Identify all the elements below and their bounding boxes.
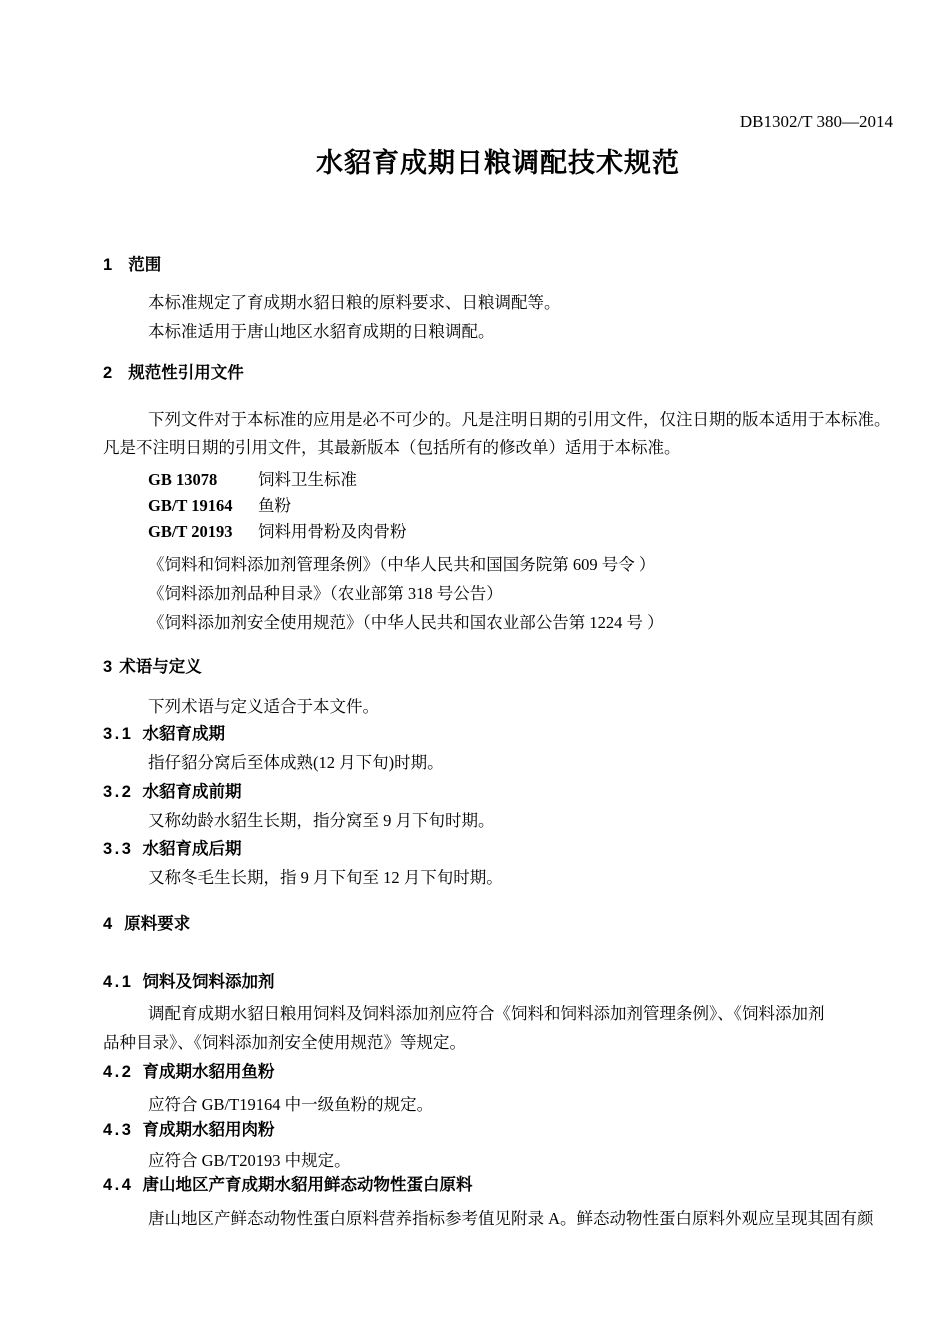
reference-item: GB 13078饲料卫生标准: [148, 467, 893, 493]
section-4-title: 原料要求: [124, 915, 190, 933]
term-3-2-title: 水貂育成前期: [142, 783, 241, 801]
scope-paragraph-1: 本标准规定了育成期水貂日粮的原料要求、日粮调配等。: [103, 288, 893, 317]
subsection-4-1-body: 调配育成期水貂日粮用饲料及饲料添加剂应符合《饲料和饲料添加剂管理条例》、《饲料添…: [103, 999, 893, 1057]
term-3-1-definition: 指仔貂分窝后至体成熟(12 月下旬)时期。: [103, 748, 893, 777]
term-3-3-title: 水貂育成后期: [142, 840, 241, 858]
section-2-number: 2: [103, 363, 112, 384]
subsection-4-2-body: 应符合 GB/T19164 中一级鱼粉的规定。: [103, 1090, 893, 1119]
terms-intro: 下列术语与定义适合于本文件。: [103, 692, 893, 721]
subsection-4-3-title: 育成期水貂用肉粉: [142, 1121, 274, 1139]
section-2-title: 规范性引用文件: [128, 364, 244, 382]
reference-code: GB 13078: [148, 467, 258, 493]
subsection-4-1-number: 4.1: [103, 972, 133, 992]
cited-document-list: 《饲料和饲料添加剂管理条例》（中华人民共和国国务院第 609 号令 ） 《饲料添…: [103, 550, 893, 637]
subsection-4-3-body: 应符合 GB/T20193 中规定。: [103, 1146, 893, 1175]
document-title: 水貂育成期日粮调配技术规范: [103, 147, 893, 180]
subsection-4-2-number: 4.2: [103, 1062, 133, 1082]
subsection-4-2-title: 育成期水貂用鱼粉: [142, 1063, 274, 1081]
section-1-heading: 1范围: [103, 255, 893, 276]
document-page: DB1302/T 380—2014 水貂育成期日粮调配技术规范 1范围 本标准规…: [0, 0, 950, 1344]
term-3-1-title: 水貂育成期: [142, 725, 225, 743]
section-2-heading: 2规范性引用文件: [103, 363, 893, 384]
subsection-4-1-heading: 4.1饲料及饲料添加剂: [103, 972, 893, 992]
standard-code-header: DB1302/T 380—2014: [103, 0, 893, 132]
section-4-number: 4: [103, 914, 112, 935]
term-3-3-number: 3.3: [103, 839, 133, 859]
cited-document-item: 《饲料添加剂品种目录》（农业部第 318 号公告）: [148, 579, 893, 608]
term-3-1-number: 3.1: [103, 724, 133, 744]
section-3-number: 3: [103, 657, 112, 678]
subsection-4-4-title: 唐山地区产育成期水貂用鲜态动物性蛋白原料: [142, 1176, 472, 1194]
cited-document-item: 《饲料添加剂安全使用规范》（中华人民共和国农业部公告第 1224 号 ）: [148, 608, 893, 637]
section-3-title: 术语与定义: [119, 658, 202, 676]
term-3-1-heading: 3.1水貂育成期: [103, 724, 893, 744]
reference-list: GB 13078饲料卫生标准 GB/T 19164鱼粉 GB/T 20193饲料…: [103, 467, 893, 545]
subsection-4-2-heading: 4.2育成期水貂用鱼粉: [103, 1062, 893, 1082]
term-3-2-heading: 3.2水貂育成前期: [103, 782, 893, 802]
term-3-3-heading: 3.3水貂育成后期: [103, 839, 893, 859]
scope-paragraph-2: 本标准适用于唐山地区水貂育成期的日粮调配。: [103, 317, 893, 346]
subsection-4-4-body: 唐山地区产鲜态动物性蛋白原料营养指标参考值见附录 A。鲜态动物性蛋白原料外观应呈…: [103, 1204, 893, 1233]
section-1-number: 1: [103, 255, 112, 276]
term-3-2-number: 3.2: [103, 782, 133, 802]
normative-references-intro: 下列文件对于本标准的应用是必不可少的。凡是注明日期的引用文件，仅注日期的版本适用…: [103, 406, 893, 462]
reference-name: 鱼粉: [258, 496, 291, 515]
subsection-4-1-title: 饲料及饲料添加剂: [142, 973, 274, 991]
section-1-title: 范围: [128, 256, 161, 274]
term-3-2-definition: 又称幼龄水貂生长期，指分窝至 9 月下旬时期。: [103, 806, 893, 835]
section-3-heading: 3术语与定义: [103, 657, 893, 678]
reference-item: GB/T 19164鱼粉: [148, 493, 893, 519]
section-4-heading: 4原料要求: [103, 914, 893, 935]
reference-item: GB/T 20193饲料用骨粉及肉骨粉: [148, 519, 893, 545]
term-3-3-definition: 又称冬毛生长期，指 9 月下旬至 12 月下旬时期。: [103, 863, 893, 892]
reference-code: GB/T 19164: [148, 493, 258, 519]
reference-name: 饲料卫生标准: [258, 470, 357, 489]
subsection-4-4-number: 4.4: [103, 1175, 133, 1195]
subsection-4-3-heading: 4.3育成期水貂用肉粉: [103, 1120, 893, 1140]
subsection-4-4-heading: 4.4唐山地区产育成期水貂用鲜态动物性蛋白原料: [103, 1175, 893, 1195]
cited-document-item: 《饲料和饲料添加剂管理条例》（中华人民共和国国务院第 609 号令 ）: [148, 550, 893, 579]
subsection-4-3-number: 4.3: [103, 1120, 133, 1140]
reference-code: GB/T 20193: [148, 519, 258, 545]
document-content: DB1302/T 380—2014 水貂育成期日粮调配技术规范 1范围 本标准规…: [0, 0, 893, 1233]
reference-name: 饲料用骨粉及肉骨粉: [258, 522, 407, 541]
